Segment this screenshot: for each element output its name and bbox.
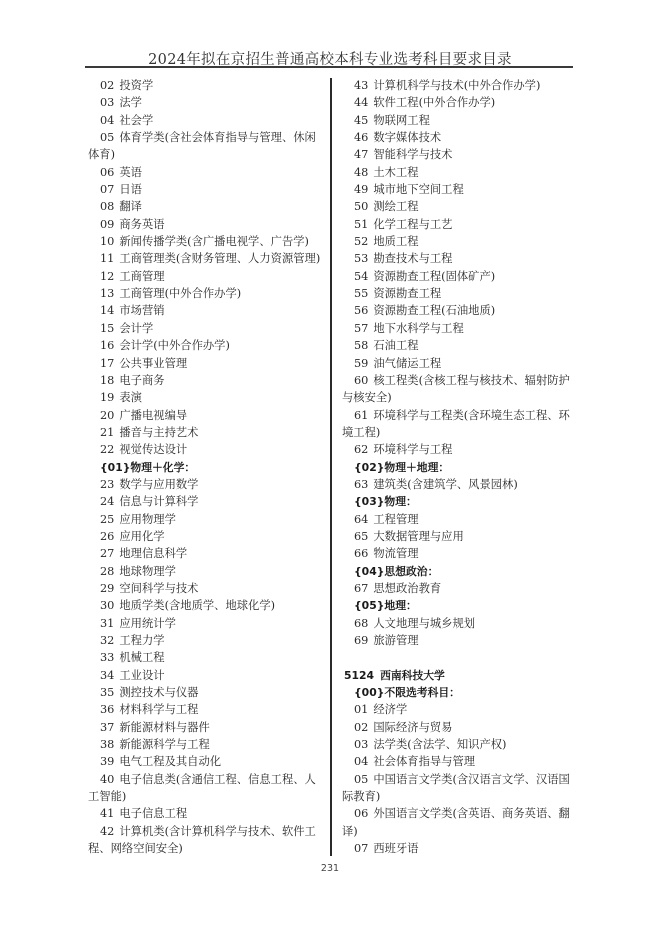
- major-code: 16: [100, 339, 114, 352]
- major-code: 32: [100, 634, 114, 647]
- major-entry: 36材料科学与工程: [88, 701, 324, 718]
- major-name: 社会体育指导与管理: [373, 755, 475, 768]
- major-entry: 67思想政治教育: [342, 580, 578, 597]
- major-name: 外国语言文学类(含英语、商务英语、翻译): [342, 807, 570, 837]
- major-code: 26: [100, 530, 114, 543]
- major-code: 25: [100, 513, 114, 526]
- major-entry: 54资源勘查工程(固体矿产): [342, 268, 578, 285]
- major-entry: 06英语: [88, 164, 324, 181]
- major-entry: 47智能科学与技术: [342, 146, 578, 163]
- major-name: 智能科学与技术: [373, 148, 452, 161]
- major-name: 体育学类(含社会体育指导与管理、休闲体育): [88, 131, 316, 161]
- major-entry: 40电子信息类(含通信工程、信息工程、人工智能): [88, 771, 324, 806]
- major-name: 测控技术与仪器: [119, 686, 198, 699]
- major-name: 软件工程(中外合作办学): [373, 96, 495, 109]
- major-name: 测绘工程: [373, 200, 418, 213]
- major-entry: 59油气储运工程: [342, 355, 578, 372]
- major-name: 市场营销: [119, 304, 164, 317]
- major-code: 69: [354, 634, 368, 647]
- major-code: 53: [354, 252, 368, 265]
- major-code: 14: [100, 304, 114, 317]
- major-entry: 01经济学: [342, 701, 578, 718]
- major-entry: 24信息与计算科学: [88, 493, 324, 510]
- major-code: 21: [100, 426, 114, 439]
- major-entry: 02国际经济与贸易: [342, 719, 578, 736]
- major-name: 化学工程与工艺: [373, 218, 452, 231]
- major-name: 广播电视编导: [119, 409, 187, 422]
- major-name: 数学与应用数学: [119, 478, 198, 491]
- major-code: 09: [100, 218, 114, 231]
- major-entry: 65大数据管理与应用: [342, 528, 578, 545]
- major-entry: 02投资学: [88, 77, 324, 94]
- major-name: 信息与计算科学: [119, 495, 198, 508]
- major-code: 46: [354, 131, 368, 144]
- major-code: 59: [354, 357, 368, 370]
- major-name: 机械工程: [119, 651, 164, 664]
- major-name: 地质工程: [373, 235, 418, 248]
- major-name: 社会学: [119, 114, 153, 127]
- major-entry: 30地质学类(含地质学、地球化学): [88, 597, 324, 614]
- major-code: 12: [100, 270, 114, 283]
- major-name: 油气储运工程: [373, 357, 441, 370]
- major-code: 05: [354, 773, 368, 786]
- major-code: 06: [354, 807, 368, 820]
- major-name: 公共事业管理: [119, 357, 187, 370]
- major-code: 58: [354, 339, 368, 352]
- major-entry: 09商务英语: [88, 216, 324, 233]
- major-name: 材料科学与工程: [119, 703, 198, 716]
- major-name: 思想政治教育: [373, 582, 441, 595]
- major-name: 核工程类(含核工程与核技术、辐射防护与核安全): [342, 374, 570, 404]
- major-code: 60: [354, 374, 368, 387]
- university-heading: 5124西南科技大学: [342, 667, 578, 684]
- major-name: 地质学类(含地质学、地球化学): [119, 599, 275, 612]
- major-name: 工程管理: [373, 513, 418, 526]
- major-name: 资源勘查工程(石油地质): [373, 304, 495, 317]
- major-name: 环境科学与工程: [373, 443, 452, 456]
- major-code: 07: [100, 183, 114, 196]
- major-entry: 44软件工程(中外合作办学): [342, 94, 578, 111]
- major-entry: 07日语: [88, 181, 324, 198]
- subject-requirement-heading: {02}物理＋地理：: [342, 459, 578, 476]
- major-code: 36: [100, 703, 114, 716]
- major-entry: 04社会学: [88, 112, 324, 129]
- major-entry: 20广播电视编导: [88, 407, 324, 424]
- major-name: 电气工程及其自动化: [119, 755, 221, 768]
- major-entry: 32工程力学: [88, 632, 324, 649]
- major-code: 24: [100, 495, 114, 508]
- major-entry: 25应用物理学: [88, 511, 324, 528]
- major-entry: 10新闻传播学类(含广播电视学、广告学): [88, 233, 324, 250]
- major-entry: 60核工程类(含核工程与核技术、辐射防护与核安全): [342, 372, 578, 407]
- major-code: 62: [354, 443, 368, 456]
- major-name: 新闻传播学类(含广播电视学、广告学): [119, 235, 309, 248]
- major-name: 投资学: [119, 79, 153, 92]
- major-name: 播音与主持艺术: [119, 426, 198, 439]
- subject-requirement-heading: {00}不限选考科目：: [342, 684, 578, 701]
- major-entry: 18电子商务: [88, 372, 324, 389]
- major-entry: 51化学工程与工艺: [342, 216, 578, 233]
- major-entry: 08翻译: [88, 198, 324, 215]
- major-entry: 53勘查技术与工程: [342, 250, 578, 267]
- major-entry: 16会计学(中外合作办学): [88, 337, 324, 354]
- major-name: 物联网工程: [373, 114, 430, 127]
- major-entry: 56资源勘查工程(石油地质): [342, 302, 578, 319]
- major-code: 27: [100, 547, 114, 560]
- major-code: 48: [354, 166, 368, 179]
- major-name: 会计学(中外合作办学): [119, 339, 230, 352]
- major-code: 08: [100, 200, 114, 213]
- major-name: 视觉传达设计: [119, 443, 187, 456]
- major-code: 68: [354, 617, 368, 630]
- major-code: 57: [354, 322, 368, 335]
- major-name: 经济学: [373, 703, 407, 716]
- major-entry: 48土木工程: [342, 164, 578, 181]
- major-entry: 31应用统计学: [88, 615, 324, 632]
- major-code: 23: [100, 478, 114, 491]
- major-code: 52: [354, 235, 368, 248]
- subject-requirement-heading: {04}思想政治：: [342, 563, 578, 580]
- major-name: 表演: [119, 391, 142, 404]
- major-entry: 23数学与应用数学: [88, 476, 324, 493]
- major-name: 环境科学与工程类(含环境生态工程、环境工程): [342, 409, 570, 439]
- major-entry: 66物流管理: [342, 545, 578, 562]
- major-entry: 50测绘工程: [342, 198, 578, 215]
- major-name: 工商管理类(含财务管理、人力资源管理): [119, 252, 320, 265]
- major-code: 40: [100, 773, 114, 786]
- column-divider: [330, 78, 332, 856]
- major-code: 49: [354, 183, 368, 196]
- major-name: 新能源材料与器件: [119, 721, 209, 734]
- major-name: 物流管理: [373, 547, 418, 560]
- major-code: 10: [100, 235, 114, 248]
- major-code: 67: [354, 582, 368, 595]
- major-name: 法学类(含法学、知识产权): [373, 738, 506, 751]
- major-code: 03: [354, 738, 368, 751]
- major-code: 04: [354, 755, 368, 768]
- major-code: 39: [100, 755, 114, 768]
- section-spacer: [342, 649, 578, 666]
- major-code: 02: [100, 79, 114, 92]
- major-entry: 63建筑类(含建筑学、风景园林): [342, 476, 578, 493]
- major-name: 应用物理学: [119, 513, 176, 526]
- major-code: 37: [100, 721, 114, 734]
- major-name: 商务英语: [119, 218, 164, 231]
- major-entry: 45物联网工程: [342, 112, 578, 129]
- major-code: 41: [100, 807, 114, 820]
- university-name: 西南科技大学: [380, 669, 445, 682]
- major-code: 06: [100, 166, 114, 179]
- page-number: 231: [0, 863, 660, 874]
- major-entry: 15会计学: [88, 320, 324, 337]
- major-entry: 14市场营销: [88, 302, 324, 319]
- major-entry: 26应用化学: [88, 528, 324, 545]
- major-code: 20: [100, 409, 114, 422]
- major-entry: 62环境科学与工程: [342, 441, 578, 458]
- major-name: 西班牙语: [373, 842, 418, 855]
- major-code: 28: [100, 565, 114, 578]
- major-code: 01: [354, 703, 368, 716]
- major-entry: 49城市地下空间工程: [342, 181, 578, 198]
- major-code: 30: [100, 599, 114, 612]
- major-code: 55: [354, 287, 368, 300]
- major-name: 电子信息类(含通信工程、信息工程、人工智能): [88, 773, 316, 803]
- major-entry: 39电气工程及其自动化: [88, 753, 324, 770]
- major-name: 新能源科学与工程: [119, 738, 209, 751]
- major-name: 应用化学: [119, 530, 164, 543]
- major-name: 空间科学与技术: [119, 582, 198, 595]
- major-code: 02: [354, 721, 368, 734]
- major-name: 土木工程: [373, 166, 418, 179]
- subject-requirement-heading: {05}地理：: [342, 597, 578, 614]
- major-name: 人文地理与城乡规划: [373, 617, 475, 630]
- major-entry: 64工程管理: [342, 511, 578, 528]
- major-code: 51: [354, 218, 368, 231]
- major-name: 地下水科学与工程: [373, 322, 463, 335]
- major-name: 法学: [119, 96, 142, 109]
- major-name: 建筑类(含建筑学、风景园林): [373, 478, 517, 491]
- major-entry: 06外国语言文学类(含英语、商务英语、翻译): [342, 805, 578, 840]
- major-entry: 05体育学类(含社会体育指导与管理、休闲体育): [88, 129, 324, 164]
- right-column: 43计算机科学与技术(中外合作办学)44软件工程(中外合作办学)45物联网工程4…: [342, 77, 578, 857]
- major-name: 工商管理(中外合作办学): [119, 287, 241, 300]
- major-code: 42: [100, 825, 114, 838]
- major-entry: 41电子信息工程: [88, 805, 324, 822]
- subject-requirement-heading: {03}物理：: [342, 493, 578, 510]
- major-code: 22: [100, 443, 114, 456]
- major-name: 石油工程: [373, 339, 418, 352]
- major-name: 应用统计学: [119, 617, 176, 630]
- major-entry: 43计算机科学与技术(中外合作办学): [342, 77, 578, 94]
- major-entry: 19表演: [88, 389, 324, 406]
- major-entry: 11工商管理类(含财务管理、人力资源管理): [88, 250, 324, 267]
- major-name: 地球物理学: [119, 565, 176, 578]
- major-entry: 52地质工程: [342, 233, 578, 250]
- major-code: 31: [100, 617, 114, 630]
- major-name: 数字媒体技术: [373, 131, 441, 144]
- major-name: 会计学: [119, 322, 153, 335]
- major-entry: 28地球物理学: [88, 563, 324, 580]
- header-rule: [85, 66, 573, 68]
- major-code: 05: [100, 131, 114, 144]
- major-code: 03: [100, 96, 114, 109]
- major-name: 城市地下空间工程: [373, 183, 463, 196]
- major-entry: 42计算机类(含计算机科学与技术、软件工程、网络空间安全): [88, 823, 324, 858]
- major-name: 资源勘查工程(固体矿产): [373, 270, 495, 283]
- major-entry: 07西班牙语: [342, 840, 578, 857]
- major-code: 18: [100, 374, 114, 387]
- major-name: 大数据管理与应用: [373, 530, 463, 543]
- major-name: 勘查技术与工程: [373, 252, 452, 265]
- major-name: 翻译: [119, 200, 142, 213]
- major-entry: 57地下水科学与工程: [342, 320, 578, 337]
- major-code: 19: [100, 391, 114, 404]
- major-entry: 46数字媒体技术: [342, 129, 578, 146]
- major-entry: 03法学类(含法学、知识产权): [342, 736, 578, 753]
- major-entry: 35测控技术与仪器: [88, 684, 324, 701]
- major-code: 65: [354, 530, 368, 543]
- major-code: 34: [100, 669, 114, 682]
- major-name: 电子信息工程: [119, 807, 187, 820]
- major-entry: 04社会体育指导与管理: [342, 753, 578, 770]
- major-name: 资源勘查工程: [373, 287, 441, 300]
- major-entry: 12工商管理: [88, 268, 324, 285]
- major-code: 29: [100, 582, 114, 595]
- major-entry: 61环境科学与工程类(含环境生态工程、环境工程): [342, 407, 578, 442]
- major-code: 56: [354, 304, 368, 317]
- major-entry: 33机械工程: [88, 649, 324, 666]
- university-code: 5124: [344, 669, 374, 682]
- major-code: 47: [354, 148, 368, 161]
- major-code: 17: [100, 357, 114, 370]
- major-entry: 34工业设计: [88, 667, 324, 684]
- major-code: 54: [354, 270, 368, 283]
- major-name: 日语: [119, 183, 142, 196]
- major-code: 44: [354, 96, 368, 109]
- major-code: 35: [100, 686, 114, 699]
- major-entry: 13工商管理(中外合作办学): [88, 285, 324, 302]
- major-code: 15: [100, 322, 114, 335]
- major-code: 11: [100, 252, 114, 265]
- major-name: 国际经济与贸易: [373, 721, 452, 734]
- major-name: 英语: [119, 166, 142, 179]
- major-entry: 55资源勘查工程: [342, 285, 578, 302]
- major-entry: 58石油工程: [342, 337, 578, 354]
- major-entry: 37新能源材料与器件: [88, 719, 324, 736]
- major-entry: 21播音与主持艺术: [88, 424, 324, 441]
- major-entry: 69旅游管理: [342, 632, 578, 649]
- major-code: 63: [354, 478, 368, 491]
- major-entry: 29空间科学与技术: [88, 580, 324, 597]
- major-code: 43: [354, 79, 368, 92]
- major-entry: 17公共事业管理: [88, 355, 324, 372]
- major-entry: 22视觉传达设计: [88, 441, 324, 458]
- major-name: 工业设计: [119, 669, 164, 682]
- major-code: 64: [354, 513, 368, 526]
- subject-requirement-heading: {01}物理＋化学：: [88, 459, 324, 476]
- major-entry: 03法学: [88, 94, 324, 111]
- major-code: 61: [354, 409, 368, 422]
- major-name: 电子商务: [119, 374, 164, 387]
- major-name: 计算机类(含计算机科学与技术、软件工程、网络空间安全): [88, 825, 316, 855]
- major-code: 33: [100, 651, 114, 664]
- major-name: 计算机科学与技术(中外合作办学): [373, 79, 540, 92]
- major-entry: 68人文地理与城乡规划: [342, 615, 578, 632]
- major-entry: 38新能源科学与工程: [88, 736, 324, 753]
- major-code: 66: [354, 547, 368, 560]
- major-name: 中国语言文学类(含汉语言文学、汉语国际教育): [342, 773, 570, 803]
- major-code: 13: [100, 287, 114, 300]
- major-name: 地理信息科学: [119, 547, 187, 560]
- major-code: 07: [354, 842, 368, 855]
- major-name: 工程力学: [119, 634, 164, 647]
- major-name: 工商管理: [119, 270, 164, 283]
- major-code: 38: [100, 738, 114, 751]
- left-column: 02投资学03法学04社会学05体育学类(含社会体育指导与管理、休闲体育)06英…: [88, 77, 324, 857]
- major-code: 50: [354, 200, 368, 213]
- major-entry: 05中国语言文学类(含汉语言文学、汉语国际教育): [342, 771, 578, 806]
- major-name: 旅游管理: [373, 634, 418, 647]
- major-code: 04: [100, 114, 114, 127]
- major-entry: 27地理信息科学: [88, 545, 324, 562]
- major-code: 45: [354, 114, 368, 127]
